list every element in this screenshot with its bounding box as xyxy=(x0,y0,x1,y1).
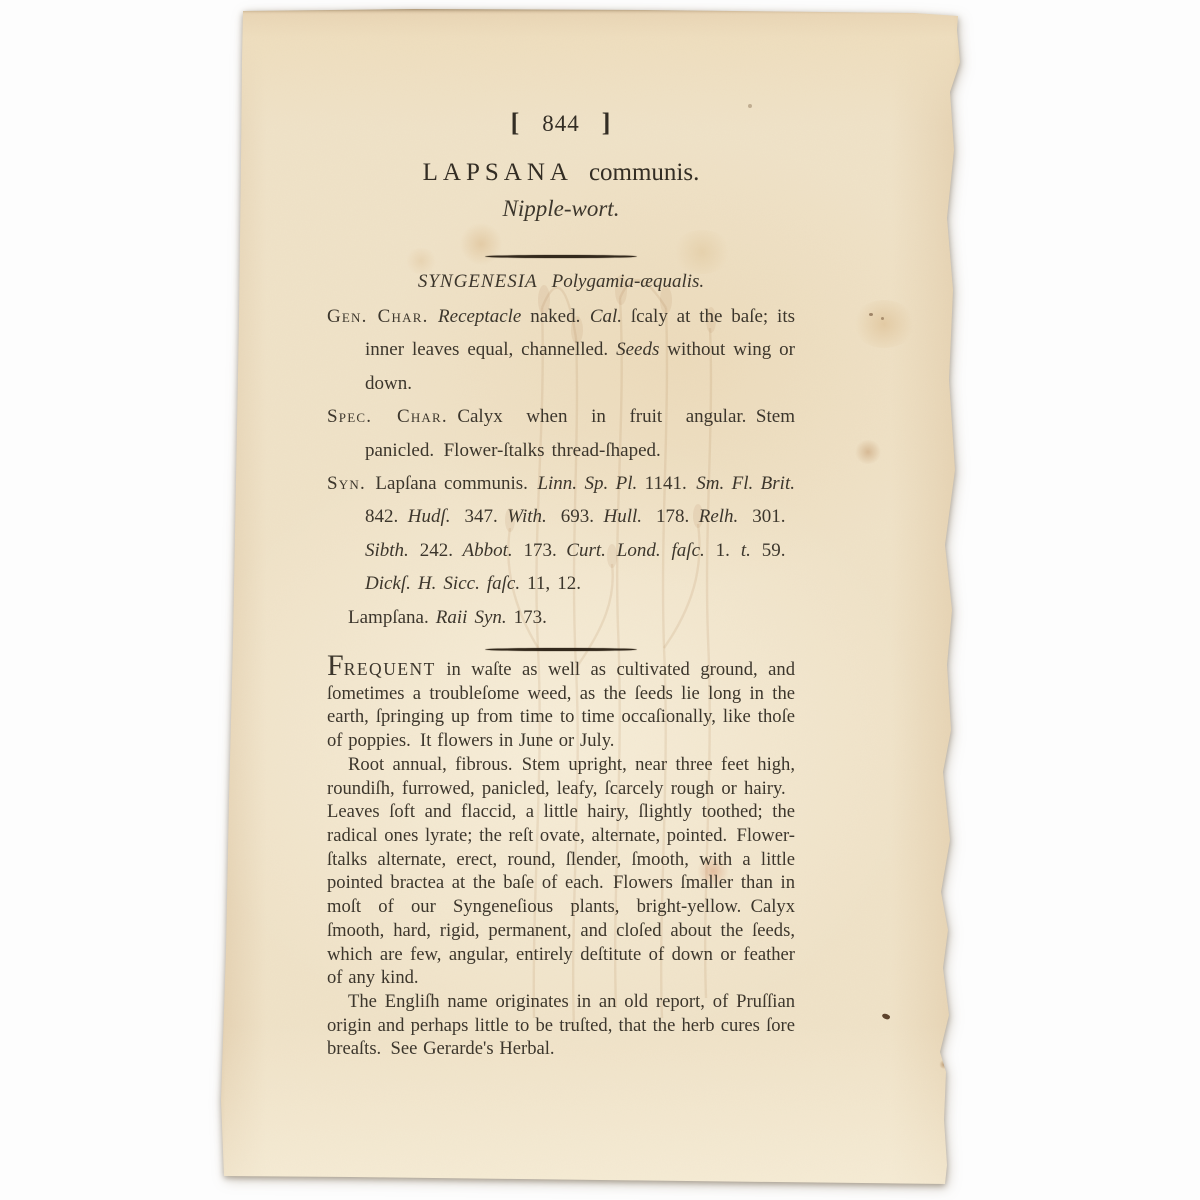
italic-citation: Receptacle xyxy=(438,306,521,327)
entries: Gen. Char. Receptacle naked. Cal. ſcaly … xyxy=(327,300,795,634)
ink-speck xyxy=(869,313,873,316)
entry: Syn. Lapſana communis. Linn. Sp. Pl. 114… xyxy=(327,467,795,601)
foxing-stain xyxy=(852,300,916,348)
lead-capital: F xyxy=(327,649,344,682)
lead-capitals-rest: REQUENT xyxy=(344,659,436,679)
text-run: 173. xyxy=(507,607,547,628)
italic-citation: Curt. Lond. faſc. xyxy=(566,540,704,561)
entry-label: Syn. xyxy=(327,473,366,494)
text-run: 693. xyxy=(547,506,604,527)
class-name: SYNGENESIA xyxy=(418,271,538,292)
italic-citation: With. xyxy=(507,506,547,527)
text-run: Lampſana. xyxy=(348,607,436,628)
text-run: 301. xyxy=(738,506,795,527)
text-run: 11, 12. xyxy=(520,573,581,594)
entry: Gen. Char. Receptacle naked. Cal. ſcaly … xyxy=(327,300,795,400)
italic-citation: t. xyxy=(741,540,751,561)
text-run: 347. xyxy=(451,506,508,527)
divider-rule-top xyxy=(485,255,637,258)
genus-name: LAPSANA xyxy=(423,159,573,186)
italic-citation: Hull. xyxy=(604,506,643,527)
text-column: [844] LAPSANAcommunis. Nipple-wort. SYNG… xyxy=(327,8,795,1061)
body-paragraph: FREQUENT in waſte as well as cultivated … xyxy=(327,656,795,753)
italic-citation: Dickſ. H. Sicc. faſc. xyxy=(365,573,520,594)
italic-citation: Seeds xyxy=(616,339,659,360)
body-paragraphs: FREQUENT in waſte as well as cultivated … xyxy=(327,656,795,1061)
text-run: 59. xyxy=(751,540,795,561)
text-run: 1. xyxy=(705,540,741,561)
common-name: Nipple-wort. xyxy=(327,196,795,222)
body-paragraph: Root annual, fibrous. Stem upright, near… xyxy=(327,753,795,990)
paper-sheet: [844] LAPSANAcommunis. Nipple-wort. SYNG… xyxy=(214,8,966,1190)
italic-citation: Linn. Sp. Pl. xyxy=(537,473,637,494)
entry: Spec. Char. Calyx when in fruit angular.… xyxy=(327,400,795,467)
scanned-book-page: [844] LAPSANAcommunis. Nipple-wort. SYNG… xyxy=(0,0,1200,1200)
synonym-line: Lampſana. Raii Syn. 173. xyxy=(327,601,795,634)
italic-citation: Cal. xyxy=(590,306,622,327)
ink-speck xyxy=(881,1013,890,1021)
entry-label: Gen. Char. xyxy=(327,306,429,327)
edge-tear-mark xyxy=(939,1060,949,1069)
page-number-bracket-open: [ xyxy=(511,108,521,137)
entry-label: Spec. Char. xyxy=(327,406,448,427)
text-run: 178. xyxy=(642,506,699,527)
paper-shadow-wrapper: [844] LAPSANAcommunis. Nipple-wort. SYNG… xyxy=(0,0,1200,1200)
text-run: 242. xyxy=(409,540,463,561)
italic-citation: Abbot. xyxy=(462,540,512,561)
text-run: 173. xyxy=(513,540,567,561)
text-run: 1141. xyxy=(637,473,696,494)
italic-citation: Relh. xyxy=(699,506,739,527)
text-run: naked. xyxy=(521,306,589,327)
page-number: [844] xyxy=(327,108,795,138)
text-run: 842. xyxy=(365,506,408,527)
body-paragraph: The Engliſh name originates in an old re… xyxy=(327,990,795,1061)
italic-citation: Sibth. xyxy=(365,540,409,561)
species-epithet: communis. xyxy=(589,159,699,186)
species-title: LAPSANAcommunis. xyxy=(327,159,795,187)
ink-speck xyxy=(881,317,884,320)
foxing-stain xyxy=(854,440,882,464)
linnaean-classification: SYNGENESIAPolygamia-æqualis. xyxy=(327,271,795,293)
page-number-value: 844 xyxy=(542,111,580,136)
text-run: Lapſana communis. xyxy=(366,473,538,494)
page-number-bracket-close: ] xyxy=(602,108,612,137)
order-name: Polygamia-æqualis. xyxy=(552,271,705,292)
italic-citation: Hudſ. xyxy=(408,506,451,527)
italic-citation: Raii Syn. xyxy=(436,607,507,628)
divider-rule-bottom xyxy=(485,648,637,651)
italic-citation: Sm. Fl. Brit. xyxy=(696,473,795,494)
text-run xyxy=(429,306,439,327)
